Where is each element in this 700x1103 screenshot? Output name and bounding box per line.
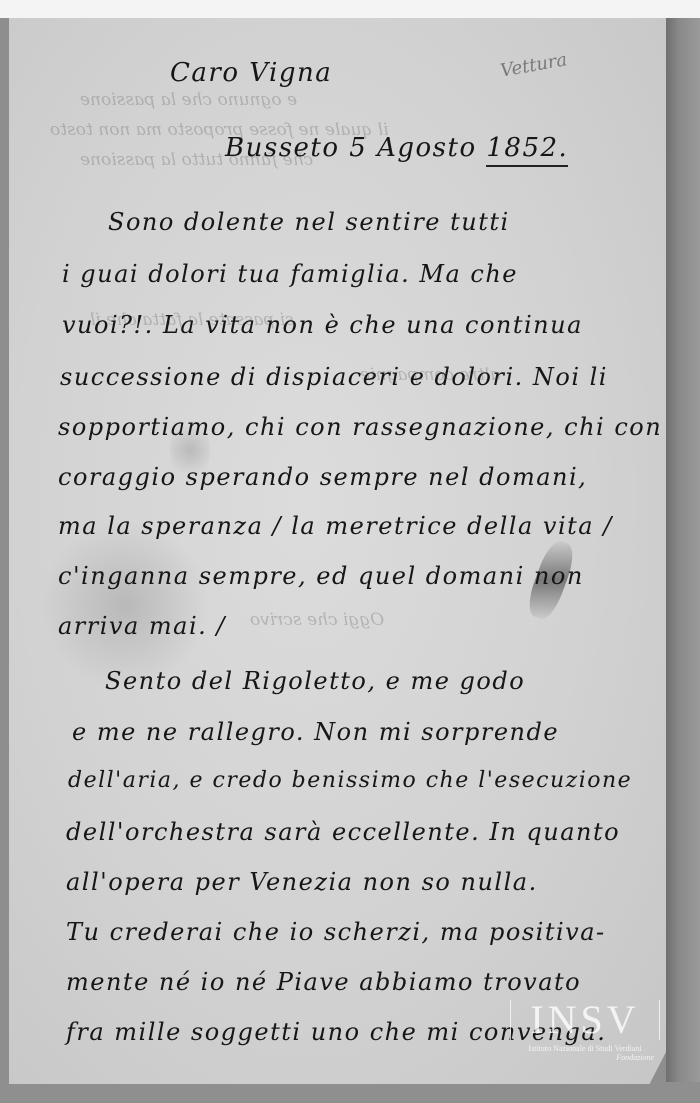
letter-line: Tu crederai che io scherzi, ma positiva- [66, 918, 606, 946]
letter-line: coraggio sperando sempre nel domani, [58, 463, 587, 491]
bleed-through-text: e ognuno che la passione [80, 90, 297, 110]
dateline-date: 5 Agosto [349, 133, 476, 163]
letter-line: e me ne rallegro. Non mi sorprende [72, 718, 559, 746]
letter-line: sopportiamo, chi con rassegnazione, chi … [58, 413, 662, 441]
watermark-subtitle: Fondazione [510, 1053, 660, 1062]
letter-line: dell'orchestra sarà eccellente. In quant… [66, 818, 620, 846]
watermark-logo: INSV [510, 1000, 660, 1040]
watermark: INSV Istituto Nazionale di Studi Verdian… [510, 1000, 660, 1062]
letter-line: all'opera per Venezia non so nulla. [66, 868, 538, 896]
dateline: Busseto 5 Agosto 1852. [225, 133, 568, 163]
paper-stain [40, 520, 210, 690]
dateline-year: 1852. [486, 133, 568, 167]
salutation: Caro Vigna [170, 58, 332, 88]
bottom-edge-shadow [0, 1082, 700, 1103]
letter-line: mente né io né Piave abbiamo trovato [66, 968, 581, 996]
letter-line: Sono dolente nel sentire tutti [108, 208, 510, 236]
letter-line: arriva mai. / [58, 612, 226, 640]
top-border [0, 0, 700, 18]
dateline-place: Busseto [225, 133, 340, 163]
letter-line: vuoi?!. La vita non è che una continua [62, 311, 583, 339]
letter-line: Sento del Rigoletto, e me godo [105, 667, 525, 695]
letter-line: successione di dispiaceri e dolori. Noi … [60, 363, 608, 391]
letter-line: i guai dolori tua famiglia. Ma che [62, 260, 518, 288]
right-edge-shadow [666, 18, 700, 1103]
letter-line: ma la speranza / la meretrice della vita… [58, 512, 613, 540]
bleed-through-text: Oggi che scrivo [250, 610, 384, 630]
letter-line: c'inganna sempre, ed quel domani non [58, 562, 584, 590]
letter-line: dell'aria, e credo benissimo che l'esecu… [68, 768, 632, 793]
watermark-name: Istituto Nazionale di Studi Verdiani [510, 1044, 660, 1053]
